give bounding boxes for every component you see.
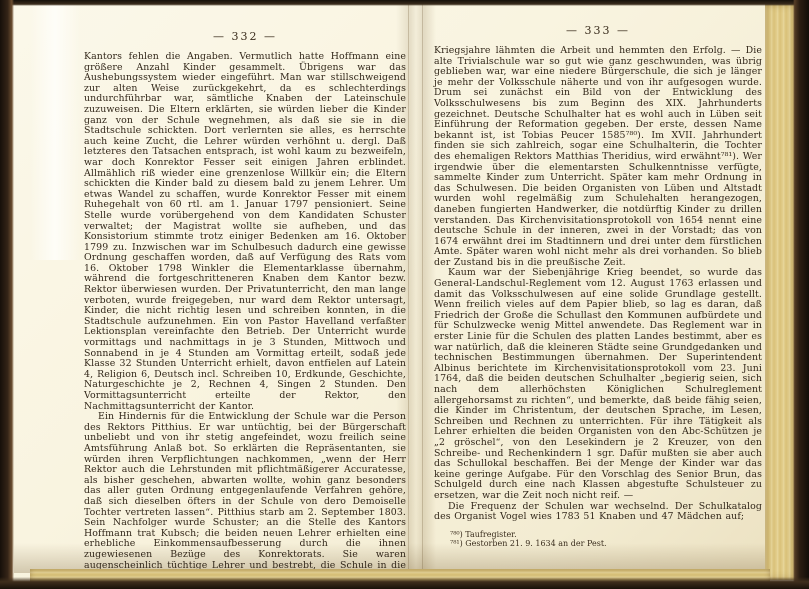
page-333-body: Kriegsjahre lähmten die Arbeit und hemmt… <box>434 46 762 523</box>
book-cover-edge-left <box>0 0 14 589</box>
book-cover-edge-bottom <box>0 577 809 589</box>
page-333-paragraph-2: Kaum war der Siebenjährige Krieg beendet… <box>434 268 762 501</box>
book-cover-edge-right <box>793 0 809 589</box>
footnote-780: ⁷⁸⁰) Taufregister. <box>450 530 762 540</box>
page-333-footnotes: ⁷⁸⁰) Taufregister. ⁷⁸¹) Gestorben 21. 9.… <box>434 530 762 549</box>
photo-frame-top <box>0 0 809 6</box>
page-332: — 332 — Kantors fehlen die Angaben. Verm… <box>84 30 406 582</box>
page-333: — 333 — Kriegsjahre lähmten die Arbeit u… <box>434 24 762 549</box>
paper-sheen <box>30 0 80 260</box>
footnote-781: ⁷⁸¹) Gestorben 21. 9. 1634 an der Pest. <box>450 539 762 549</box>
gutter-crease-line <box>422 0 423 589</box>
page-332-body: Kantors fehlen die Angaben. Vermutlich h… <box>84 52 406 582</box>
page-edge-stack-right <box>765 4 795 580</box>
page-333-paragraph-1: Kriegsjahre lähmten die Arbeit und hemmt… <box>434 46 762 268</box>
page-number-333: — 333 — <box>434 24 762 37</box>
book-scan-photo: — 332 — Kantors fehlen die Angaben. Verm… <box>0 0 809 589</box>
page-333-paragraph-3: Die Frequenz der Schulen war wechselnd. … <box>434 502 762 523</box>
page-332-paragraph-1: Kantors fehlen die Angaben. Vermutlich h… <box>84 52 406 412</box>
page-332-paragraph-2: Ein Hindernis für die Entwicklung der Sc… <box>84 412 406 582</box>
gutter-crease-line <box>408 0 409 589</box>
page-number-332: — 332 — <box>84 30 406 43</box>
